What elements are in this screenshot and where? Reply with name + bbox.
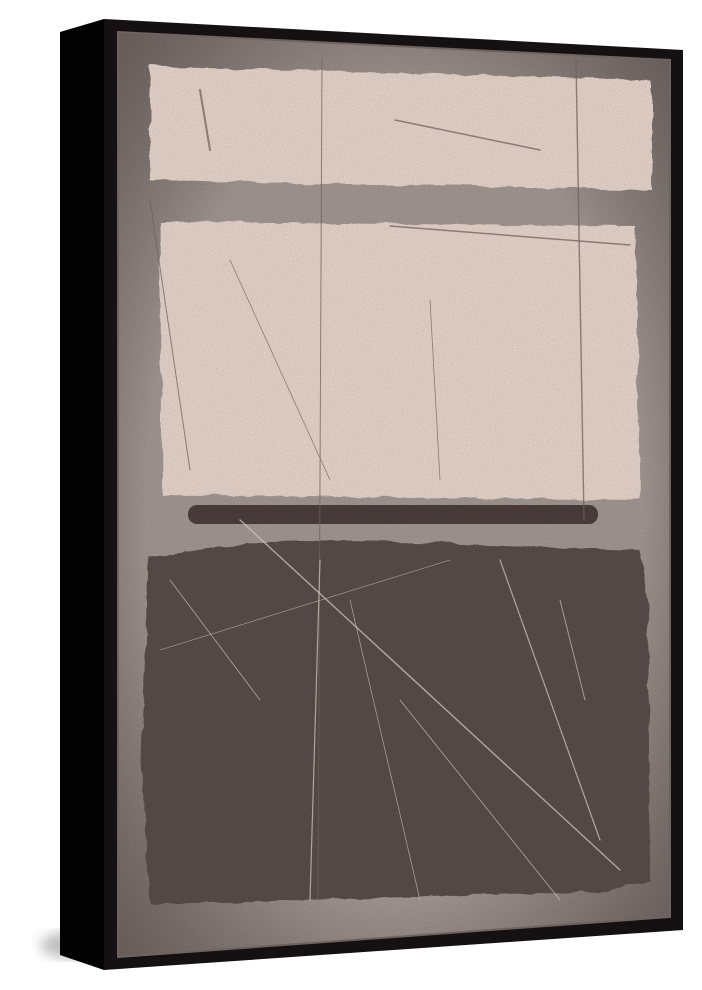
framed-artwork [0,0,702,990]
artwork-canvas [0,0,702,990]
frame-side-panel [60,19,104,970]
painting [100,20,690,980]
